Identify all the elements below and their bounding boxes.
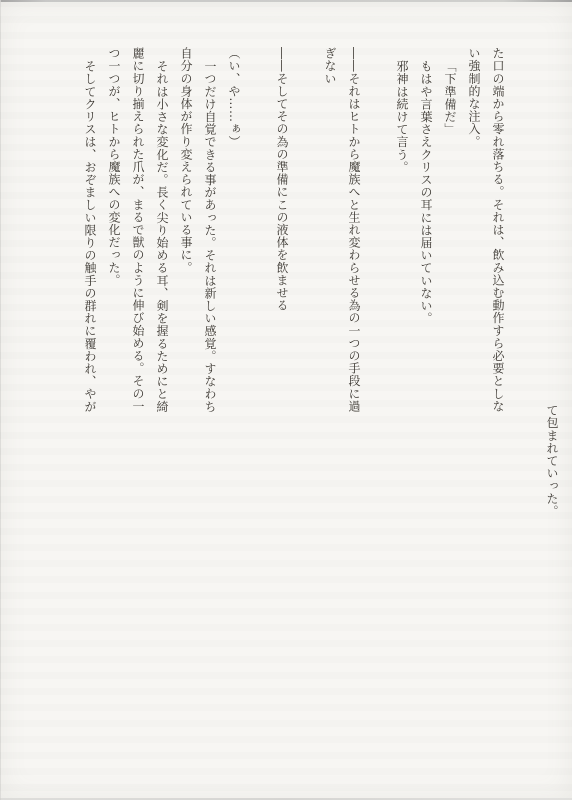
text-line: い強制的な注入。	[462, 47, 486, 435]
text-line: 一つだけ自覚できる事があった。それは新しい感覚。すなわち	[198, 47, 222, 435]
text-line: そしてクリスは、おぞましい限りの触手の群れに覆われ、やが	[78, 47, 102, 435]
overflow-text-fragment: て包まれていった。	[540, 404, 564, 517]
scan-edge-left	[0, 0, 1, 800]
text-line: 「下準備だ」	[438, 47, 462, 435]
text-line: 麗に切り揃えられた爪が、まるで獣のように伸び始める。その一	[126, 47, 150, 435]
text-line-blank	[246, 47, 270, 435]
text-line: つ一つが、ヒトから魔族への変化だった。	[102, 47, 126, 435]
text-line: た口の端から零れ落ちる。それは、飲み込む動作すら必要としな	[486, 47, 510, 435]
text-line: ぎない	[318, 47, 342, 435]
text-line: ――そしてその為の準備にこの液体を飲ませる	[270, 47, 294, 435]
text-line: 自分の身体が作り変えられている事に。	[174, 47, 198, 435]
text-line: （い、や……ぁ）	[222, 47, 246, 435]
text-line-blank	[366, 47, 390, 435]
scan-edge-top	[0, 0, 572, 2]
text-line: もはや言葉さえクリスの耳には届いていない。	[414, 47, 438, 435]
text-line: ――それはヒトから魔族へと生れ変わらせる為の一つの手段に過	[342, 47, 366, 435]
text-block: た口の端から零れ落ちる。それは、飲み込む動作すら必要としない強制的な注入。「下準…	[78, 47, 510, 435]
text-line-blank	[294, 47, 318, 435]
text-line: それは小さな変化だ。長く尖り始める耳、剣を握るためにと綺	[150, 47, 174, 435]
scanned-novel-page: た口の端から零れ落ちる。それは、飲み込む動作すら必要としない強制的な注入。「下準…	[0, 0, 572, 800]
text-line: 邪神は続けて言う。	[390, 47, 414, 435]
